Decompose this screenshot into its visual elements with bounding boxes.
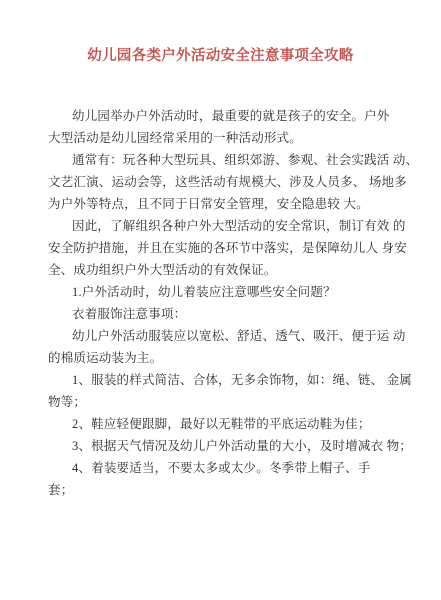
text-line: 物等； bbox=[48, 391, 411, 413]
text-line: 为户外等特点，且不同于日常安全管理，安全隐患较 大。 bbox=[48, 193, 411, 215]
text-line: 1.户外活动时，幼儿着装应注意哪些安全问题？ bbox=[48, 281, 411, 303]
text-line: 文艺汇演、运动会等，这些活动有规模大、涉及人员多、 场地多 bbox=[48, 171, 411, 193]
text-line: 3、根据天气情况及幼儿户外活动量的大小，及时增减衣 物； bbox=[48, 435, 411, 457]
text-line: 通常有：玩各种大型玩具、组织郊游、参观、社会实践活 动、 bbox=[48, 149, 411, 171]
text-line: 4、着装要适当，不要太多或太少。冬季带上帽子、手 bbox=[48, 457, 411, 479]
text-line: 全、成功组织户外大型活动的有效保证。 bbox=[48, 259, 411, 281]
text-line: 因此，了解组织各种户外大型活动的安全常识，制订有效 的 bbox=[48, 215, 411, 237]
text-line: 幼儿园举办户外活动时，最重要的就是孩子的安全。户外 bbox=[48, 105, 411, 127]
text-line: 大型活动是幼儿园经常采用的一种活动形式。 bbox=[48, 127, 411, 149]
text-line: 的棉质运动装为主。 bbox=[48, 347, 411, 369]
text-line: 2、鞋应轻便跟脚，最好以无鞋带的平底运动鞋为佳； bbox=[48, 413, 411, 435]
document-page: 幼儿园各类户外活动安全注意事项全攻略 幼儿园举办户外活动时，最重要的就是孩子的安… bbox=[0, 0, 441, 600]
text-line: 衣着服饰注意事项： bbox=[48, 303, 411, 325]
document-body: 幼儿园举办户外活动时，最重要的就是孩子的安全。户外 大型活动是幼儿园经常采用的一… bbox=[0, 105, 441, 501]
text-line: 套； bbox=[48, 479, 411, 501]
text-line: 幼儿户外活动服装应以宽松、舒适、透气、吸汗、便于运 动 bbox=[48, 325, 411, 347]
text-line: 1、服装的样式简洁、合体，无多余饰物，如：绳、链、 金属 bbox=[48, 369, 411, 391]
document-title: 幼儿园各类户外活动安全注意事项全攻略 bbox=[0, 0, 441, 66]
text-line: 安全防护措施，并且在实施的各环节中落实，是保障幼儿人 身安 bbox=[48, 237, 411, 259]
